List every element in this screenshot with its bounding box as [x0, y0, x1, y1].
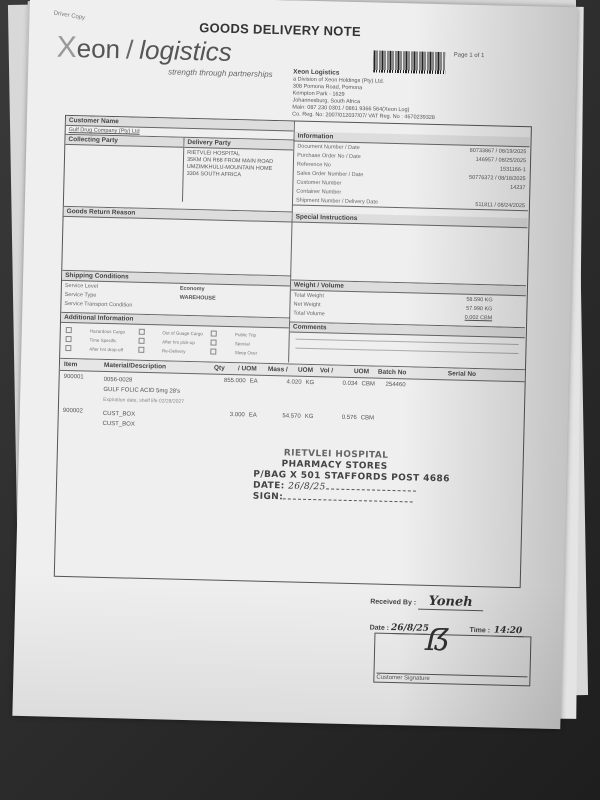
- option-sleep-over[interactable]: Sleep Over: [211, 349, 284, 357]
- checkbox[interactable]: [65, 345, 71, 351]
- page-number: Page 1 of 1: [454, 52, 485, 59]
- option-hazardous-cargo[interactable]: Hazardous Cargo: [66, 327, 139, 335]
- option-time-specific[interactable]: Time Specific: [66, 336, 139, 344]
- signature: ẞ: [425, 623, 451, 659]
- information-section: Information Document Number / Date807338…: [293, 132, 530, 218]
- special-instructions-section: Special Instructions: [291, 212, 527, 282]
- weight-section: Weight / Volume Total Weight58.590 KG Ne…: [290, 279, 526, 328]
- company-logo: Xeon/logistics: [56, 31, 232, 69]
- hospital-stamp: RIETVLEI HOSPITAL PHARMACY STORES P/BAG …: [253, 448, 451, 508]
- items-table: Item Material/Description Qty / UOM Mass…: [58, 358, 525, 439]
- checkbox[interactable]: [211, 340, 217, 346]
- shipping-section: Shipping Conditions Service LevelEconomy…: [61, 270, 291, 319]
- received-by-field[interactable]: Received By : Yoneh: [370, 592, 483, 611]
- checkbox[interactable]: [211, 331, 217, 337]
- checkbox[interactable]: [138, 347, 144, 353]
- option-re-delivery[interactable]: Re-Delivery: [138, 347, 211, 355]
- company-tagline: strength through partnerships: [168, 67, 273, 79]
- option-after-hrs-dropoff[interactable]: After hrs drop-off: [65, 345, 138, 353]
- checkbox[interactable]: [66, 336, 72, 342]
- checkbox[interactable]: [138, 338, 144, 344]
- goods-return-section: Goods Return Reason: [62, 206, 293, 277]
- option-out-of-gauge[interactable]: Out of Guage Cargo: [138, 329, 211, 337]
- delivery-party-address: RIETVLEI HOSPITAL 35KM ON R68 FROM MAIN …: [184, 148, 294, 183]
- comments-section: Comments: [289, 321, 525, 370]
- checkbox[interactable]: [66, 327, 72, 333]
- customer-section: Customer Name Gulf Drug Company (Pty) Lt…: [64, 116, 295, 212]
- checkbox[interactable]: [138, 329, 144, 335]
- additional-info-section: Additional Information Hazardous Cargo O…: [60, 312, 290, 363]
- option-special[interactable]: Special: [211, 340, 284, 348]
- customer-signature-label: Customer Signature: [376, 673, 527, 685]
- option-after-hrs-pickup[interactable]: After hrs pick-up: [138, 338, 211, 346]
- customer-signature-box[interactable]: ẞ Customer Signature: [373, 633, 531, 687]
- option-public-trip[interactable]: Public Trip: [211, 331, 284, 339]
- collecting-party-label: Collecting Party: [65, 135, 183, 148]
- copy-label: Driver Copy: [53, 10, 85, 21]
- company-address: Xeon Logistics a Division of Xeon Holdin…: [292, 68, 436, 121]
- checkbox[interactable]: [211, 349, 217, 355]
- delivery-form: Customer Name Gulf Drug Company (Pty) Lt…: [54, 115, 532, 588]
- delivery-note-page: Driver Copy GOODS DELIVERY NOTE Xeon/log…: [12, 0, 577, 729]
